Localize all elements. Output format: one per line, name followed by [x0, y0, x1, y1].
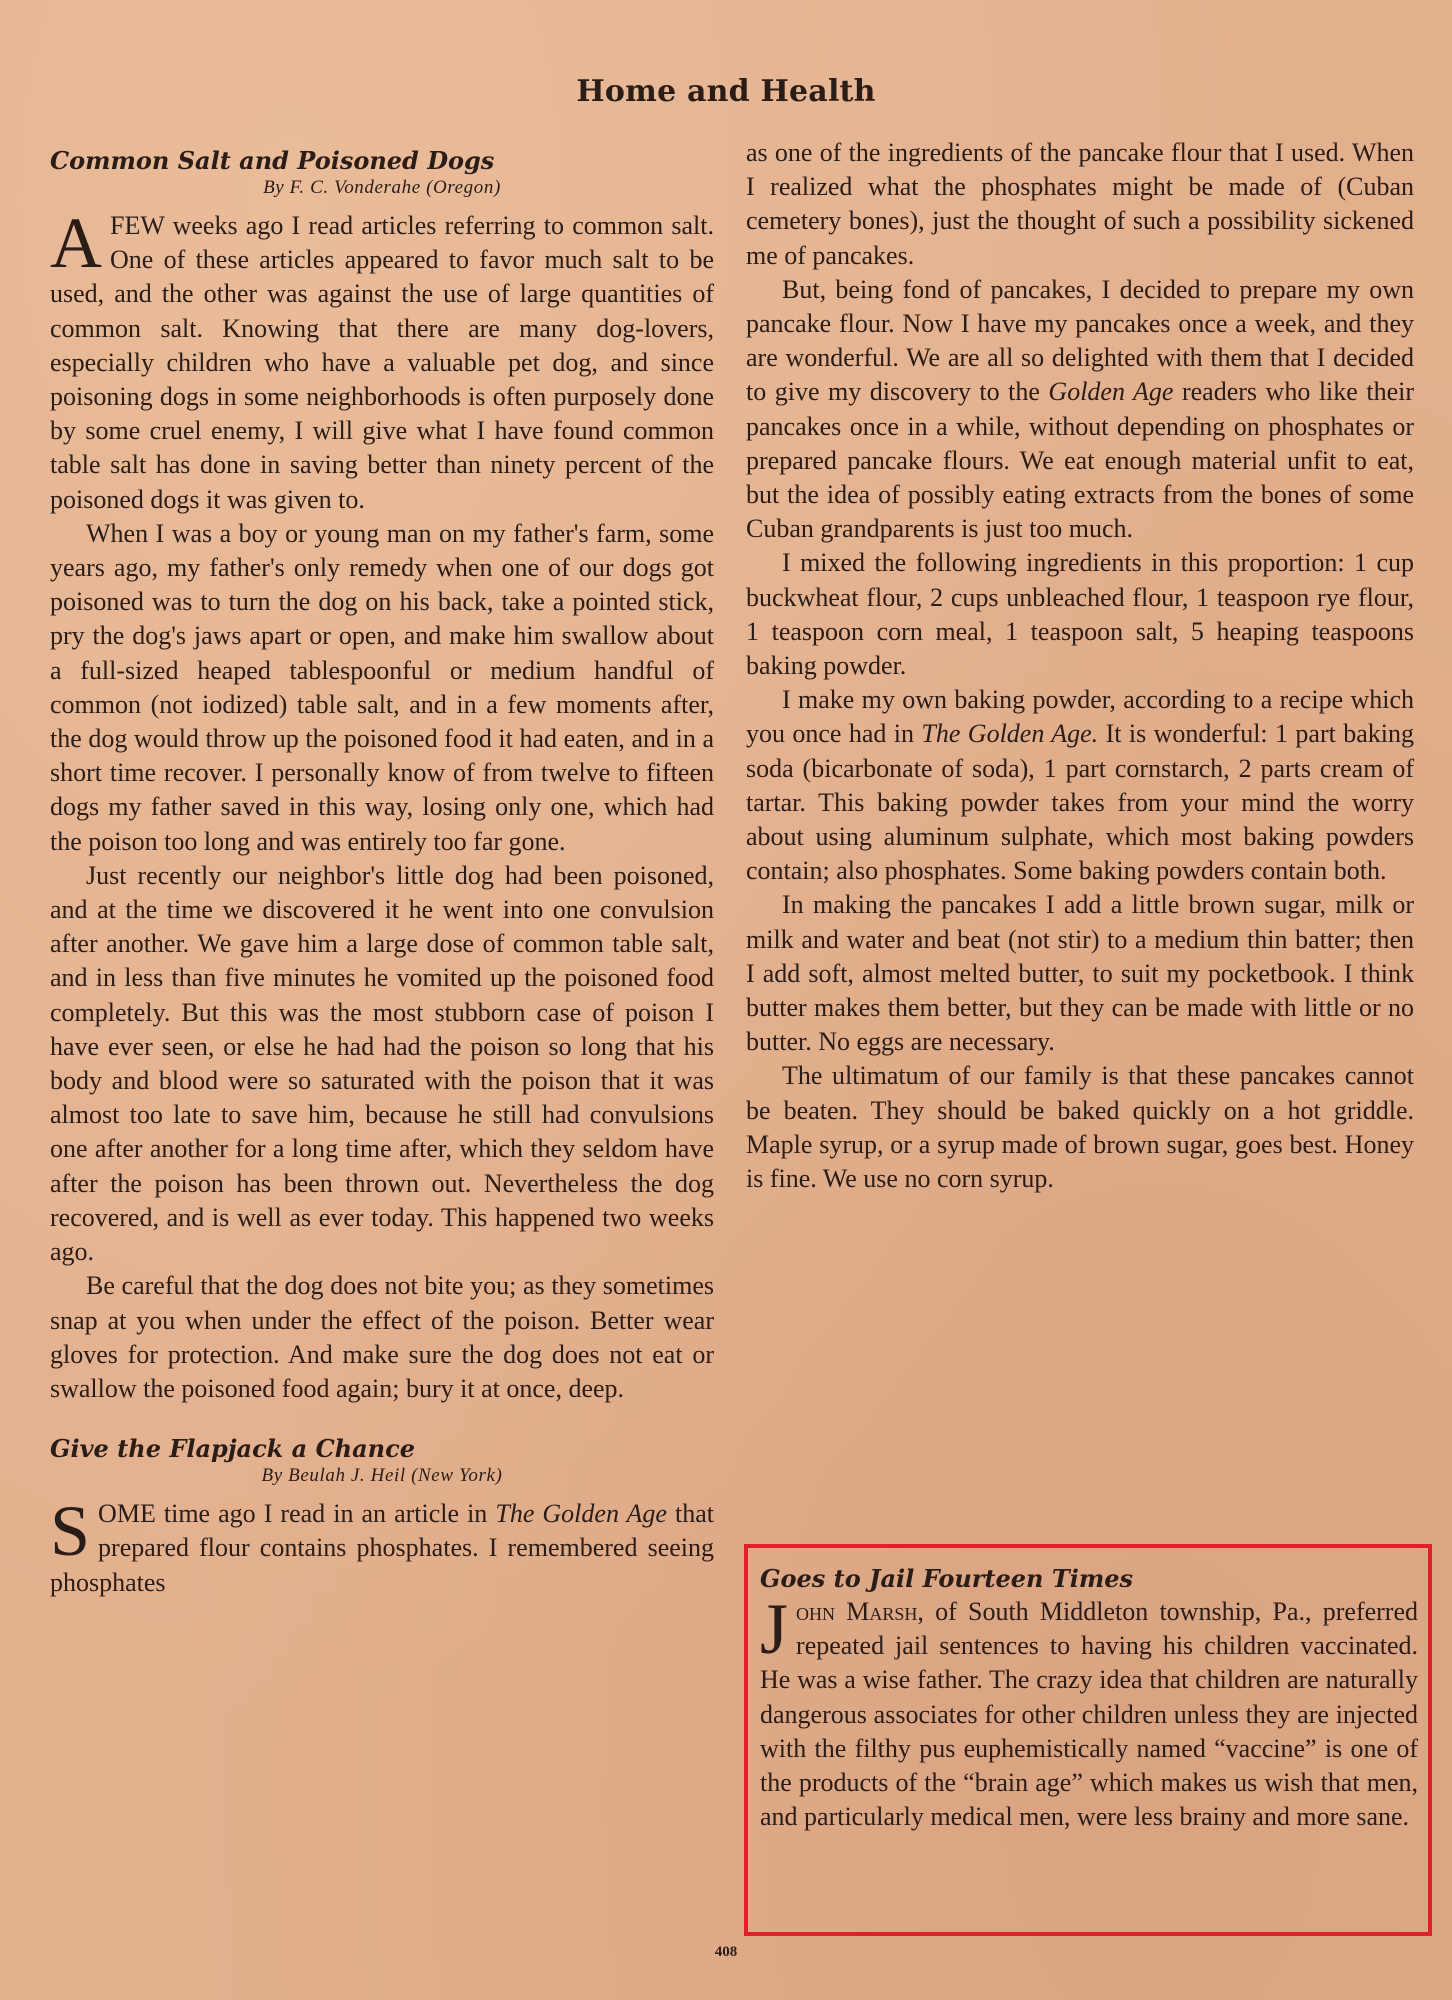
paragraph: But, being fond of pancakes, I decided t… [746, 273, 1414, 547]
byline-flapjack: By Beulah J. Heil (New York) [50, 1465, 714, 1487]
paragraph: as one of the ingredients of the pancake… [746, 136, 1414, 273]
dropcap: J [760, 1599, 788, 1659]
byline-salt: By F. C. Vonderahe (Oregon) [50, 177, 714, 199]
paragraph: I make my own baking powder, according t… [746, 683, 1414, 888]
paragraph: Just recently our neighbor's little dog … [50, 859, 714, 1269]
dropcap: S [50, 1501, 90, 1561]
article-title-flapjack: Give the Flapjack a Chance [50, 1434, 714, 1463]
paragraph: I mixed the following ingredients in thi… [746, 546, 1414, 683]
article-title-jail: Goes to Jail Fourteen Times [760, 1564, 1418, 1593]
left-column: Common Salt and Poisoned Dogs By F. C. V… [50, 146, 714, 1600]
dropcap: A [50, 213, 102, 273]
article-title-salt: Common Salt and Poisoned Dogs [50, 146, 714, 175]
paragraph: The ultimatum of our family is that thes… [746, 1059, 1414, 1196]
page-number: 408 [0, 1944, 1452, 1961]
highlighted-article-box: Goes to Jail Fourteen Times John Marsh, … [744, 1544, 1432, 1936]
paragraph: John Marsh, of South Middleton township,… [760, 1595, 1418, 1834]
paragraph: In making the pancakes I add a little br… [746, 888, 1414, 1059]
right-column: as one of the ingredients of the pancake… [746, 136, 1414, 1196]
section-title: Home and Health [0, 74, 1452, 109]
paragraph: Be careful that the dog does not bite yo… [50, 1269, 714, 1406]
paragraph: AFEW weeks ago I read articles referring… [50, 209, 714, 517]
paragraph: SOME time ago I read in an article in Th… [50, 1497, 714, 1600]
paragraph: When I was a boy or young man on my fath… [50, 517, 714, 859]
